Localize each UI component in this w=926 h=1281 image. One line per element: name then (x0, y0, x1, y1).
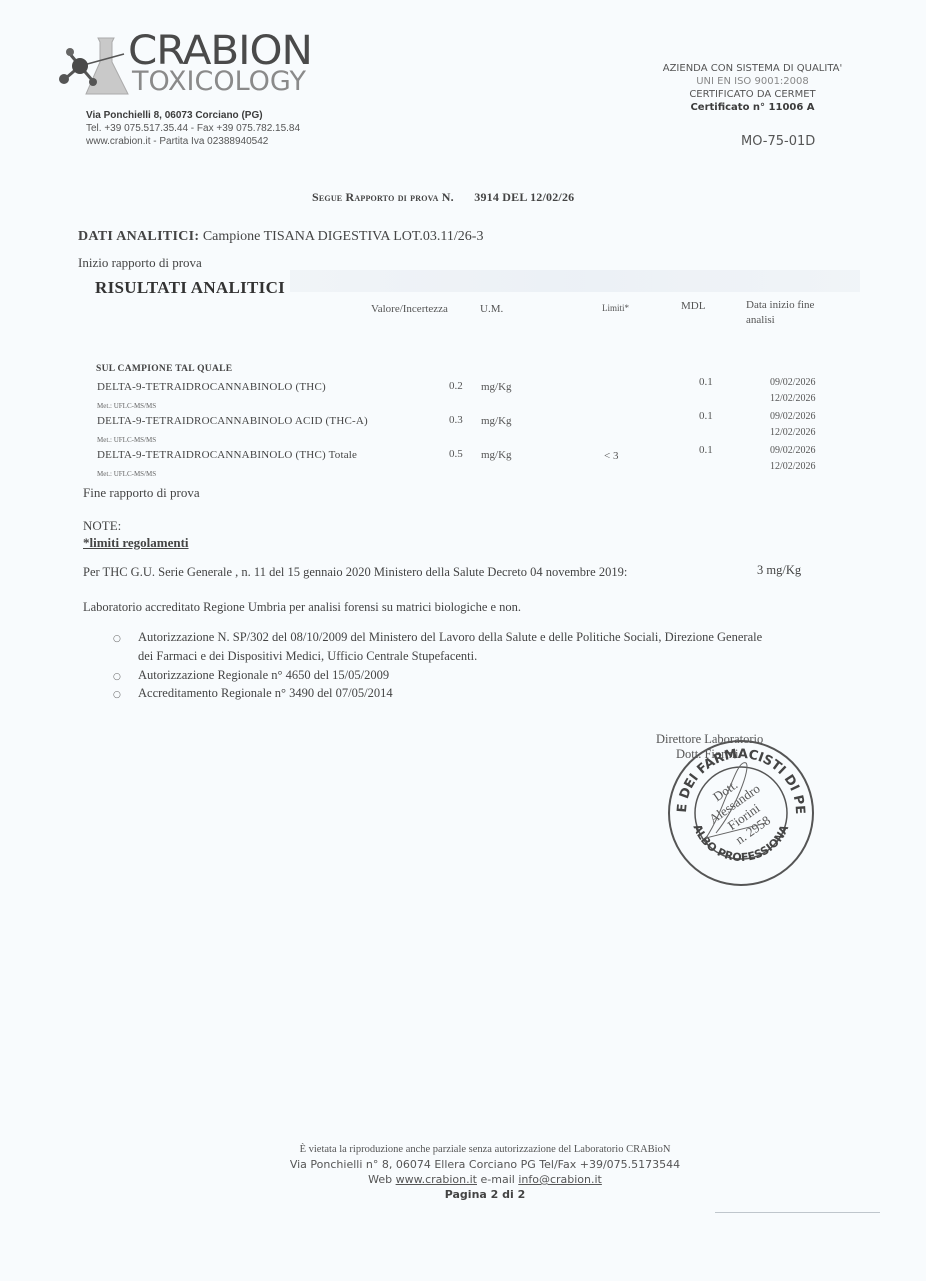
analysis-start-date: 09/02/2026 (770, 443, 816, 459)
analyte-name: DELTA-9-TETRAIDROCANNABINOLO (THC) (97, 381, 326, 393)
quality-certification: AZIENDA CON SISTEMA DI QUALITA' UNI EN I… (640, 62, 865, 114)
report-start: Inizio rapporto di prova (78, 255, 202, 271)
notes-label: NOTE: (83, 518, 121, 534)
analysis-start-date: 09/02/2026 (770, 409, 816, 425)
sample-info: DATI ANALITICI: Campione TISANA DIGESTIV… (78, 229, 483, 245)
analyte-method: Met.: UFLC-MS/MS (97, 436, 156, 444)
report-label: Segue Rapporto di prova N. (312, 190, 454, 204)
logo-subtitle: TOXICOLOGY (132, 66, 306, 97)
col-unit: U.M. (480, 303, 503, 315)
col-mdl: MDL (681, 300, 705, 312)
col-dates-line: Data inizio fine (746, 298, 814, 313)
result-mdl: 0.1 (699, 376, 713, 388)
authorization-item: Accreditamento Regionale n° 3490 del 07/… (138, 686, 393, 701)
authorization-item: Autorizzazione Regionale n° 4650 del 15/… (138, 668, 389, 683)
result-mdl: 0.1 (699, 410, 713, 422)
accreditation-note: Laboratorio accreditato Regione Umbria p… (83, 600, 521, 615)
bullet-circle-icon: ○ (113, 672, 121, 682)
website-link[interactable]: www.crabion.it (396, 1173, 477, 1186)
document-code: MO-75-01D (741, 134, 815, 149)
col-limits: Limiti* (602, 303, 629, 313)
web-vat-line: www.crabion.it - Partita Iva 02388940542 (86, 135, 300, 148)
cert-line: AZIENDA CON SISTEMA DI QUALITA' (640, 62, 865, 75)
dati-label: DATI ANALITICI: (78, 229, 199, 244)
email-link[interactable]: info@crabion.it (518, 1173, 602, 1186)
report-page: CRABION TOXICOLOGY Via Ponchielli 8, 060… (0, 0, 926, 1281)
bullet-circle-icon: ○ (113, 634, 121, 644)
address-line: Via Ponchielli 8, 06073 Corciano (PG) (86, 110, 263, 121)
section-label: SUL CAMPIONE TAL QUALE (96, 364, 232, 374)
analyte-method: Met.: UFLC-MS/MS (97, 470, 156, 478)
analysis-end-date: 12/02/2026 (770, 425, 816, 441)
result-value: 0.3 (449, 414, 463, 426)
analyte-name: DELTA-9-TETRAIDROCANNABINOLO (THC) Total… (97, 449, 357, 461)
analysis-end-date: 12/02/2026 (770, 391, 816, 407)
result-unit: mg/Kg (481, 381, 512, 393)
result-mdl: 0.1 (699, 444, 713, 456)
authorization-item: Autorizzazione N. SP/302 del 08/10/2009 … (138, 630, 762, 645)
footer-disclaimer: È vietata la riproduzione anche parziale… (230, 1142, 740, 1157)
page-number: Pagina 2 di 2 (230, 1187, 740, 1202)
report-number-date: 3914 DEL 12/02/26 (474, 190, 574, 204)
analyte-method: Met.: UFLC-MS/MS (97, 402, 156, 410)
result-unit: mg/Kg (481, 449, 512, 461)
web-label: Web (368, 1173, 392, 1186)
flask-molecule-icon (58, 32, 138, 102)
result-unit: mg/Kg (481, 415, 512, 427)
footer: È vietata la riproduzione anche parziale… (230, 1142, 740, 1202)
result-value: 0.2 (449, 380, 463, 392)
footer-divider (715, 1212, 880, 1213)
cert-number: Certificato n° 11006 A (640, 101, 865, 114)
phone-line: Tel. +39 075.517.35.44 - Fax +39 075.782… (86, 122, 300, 135)
authorization-item-cont: dei Farmaci e dei Dispositivi Medici, Uf… (138, 649, 477, 664)
footer-address: Via Ponchielli n° 8, 06074 Ellera Corcia… (230, 1157, 740, 1172)
limits-title: *limiti regolamenti (83, 535, 189, 551)
sample-name: Campione TISANA DIGESTIVA LOT.03.11/26-3 (203, 229, 484, 244)
report-heading: Segue Rapporto di prova N. 3914 DEL 12/0… (312, 190, 574, 205)
pharmacist-stamp-icon: ORDINE DEI FARMACISTI DI PERUGIA ★ ALBO … (666, 738, 816, 888)
result-value: 0.5 (449, 448, 463, 460)
thc-reference: Per THC G.U. Serie Generale , n. 11 del … (83, 565, 627, 580)
results-band (290, 270, 860, 292)
col-dates: Data inizio fine analisi (746, 298, 814, 328)
bullet-circle-icon: ○ (113, 690, 121, 700)
result-limit: < 3 (604, 450, 618, 462)
analysis-start-date: 09/02/2026 (770, 375, 816, 391)
cert-line: CERTIFICATO DA CERMET (640, 88, 865, 101)
analyte-name: DELTA-9-TETRAIDROCANNABINOLO ACID (THC-A… (97, 415, 368, 427)
cert-line: UNI EN ISO 9001:2008 (640, 75, 865, 88)
company-address: Via Ponchielli 8, 06073 Corciano (PG) Te… (86, 109, 300, 148)
footer-contacts: Web www.crabion.it e-mail info@crabion.i… (230, 1172, 740, 1187)
report-end: Fine rapporto di prova (83, 485, 200, 501)
email-label: e-mail (481, 1173, 515, 1186)
crabion-logo: CRABION TOXICOLOGY (58, 32, 318, 102)
col-dates-line: analisi (746, 313, 814, 328)
analysis-end-date: 12/02/2026 (770, 459, 816, 475)
results-title: RISULTATI ANALITICI (95, 278, 285, 298)
col-value: Valore/Incertezza (371, 303, 448, 315)
thc-limit: 3 mg/Kg (757, 563, 801, 578)
